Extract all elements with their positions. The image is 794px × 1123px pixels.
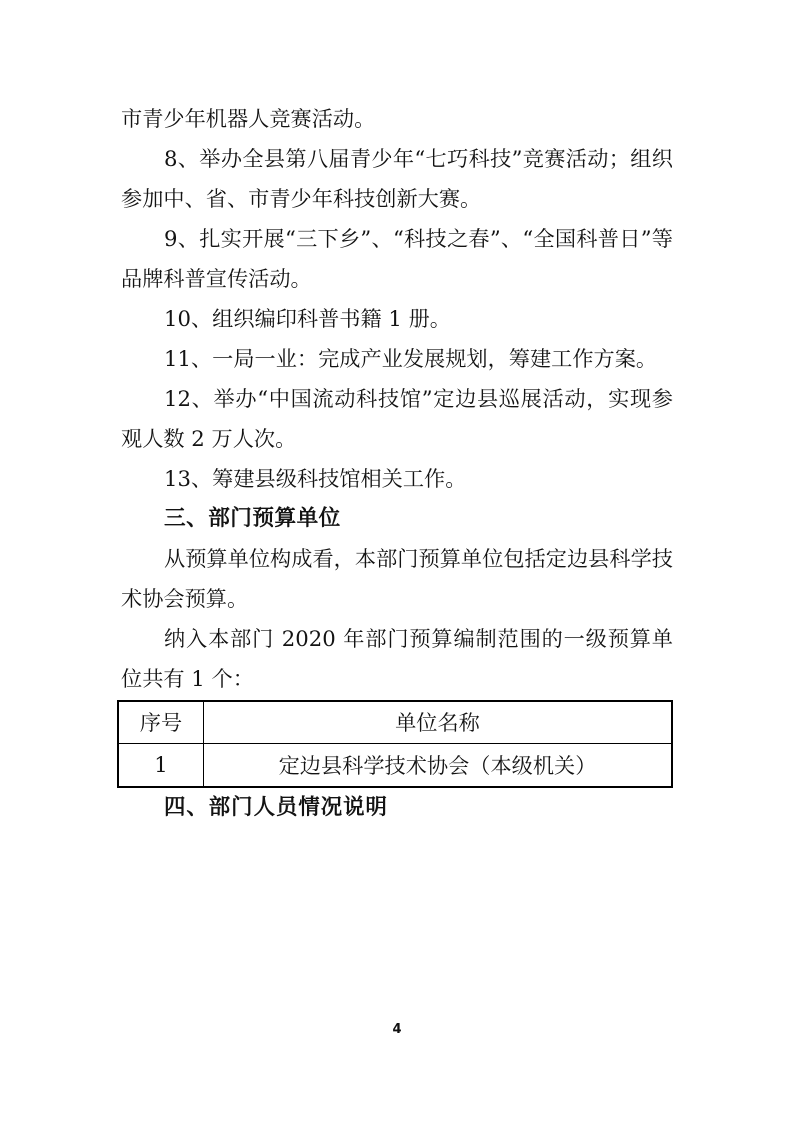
table-header-seq: 序号 — [118, 701, 204, 743]
paragraph-item-9: 9、扎实开展“三下乡”、“科技之春”、“全国科普日”等品牌科普宣传活动。 — [121, 219, 673, 299]
paragraph-item-11: 11、一局一业：完成产业发展规划，筹建工作方案。 — [121, 339, 673, 379]
table-header-unit-name: 单位名称 — [204, 701, 673, 743]
paragraph-item-13: 13、筹建县级科技馆相关工作。 — [121, 459, 673, 499]
table-cell-seq: 1 — [118, 743, 204, 787]
paragraph-section3-intro: 从预算单位构成看，本部门预算单位包括定边县科学技术协会预算。 — [121, 539, 673, 619]
table-header-row: 序号 单位名称 — [118, 701, 672, 743]
document-content: 市青少年机器人竞赛活动。 8、举办全县第八届青少年“七巧科技”竞赛活动；组织参加… — [121, 99, 673, 828]
page-number: 4 — [0, 1022, 794, 1037]
section-heading-4: 四、部门人员情况说明 — [121, 788, 673, 828]
paragraph-continuation: 市青少年机器人竞赛活动。 — [121, 99, 673, 139]
paragraph-item-8: 8、举办全县第八届青少年“七巧科技”竞赛活动；组织参加中、省、市青少年科技创新大… — [121, 139, 673, 219]
table-cell-unit-name: 定边县科学技术协会（本级机关） — [204, 743, 673, 787]
document-page: 市青少年机器人竞赛活动。 8、举办全县第八届青少年“七巧科技”竞赛活动；组织参加… — [0, 0, 794, 1123]
table-row: 1 定边县科学技术协会（本级机关） — [118, 743, 672, 787]
paragraph-item-12: 12、举办“中国流动科技馆”定边县巡展活动，实现参观人数 2 万人次。 — [121, 379, 673, 459]
paragraph-item-10: 10、组织编印科普书籍 1 册。 — [121, 299, 673, 339]
section-heading-3: 三、部门预算单位 — [121, 499, 673, 539]
budget-units-table: 序号 单位名称 1 定边县科学技术协会（本级机关） — [117, 700, 673, 788]
paragraph-section3-scope: 纳入本部门 2020 年部门预算编制范围的一级预算单位共有 1 个： — [121, 619, 673, 699]
